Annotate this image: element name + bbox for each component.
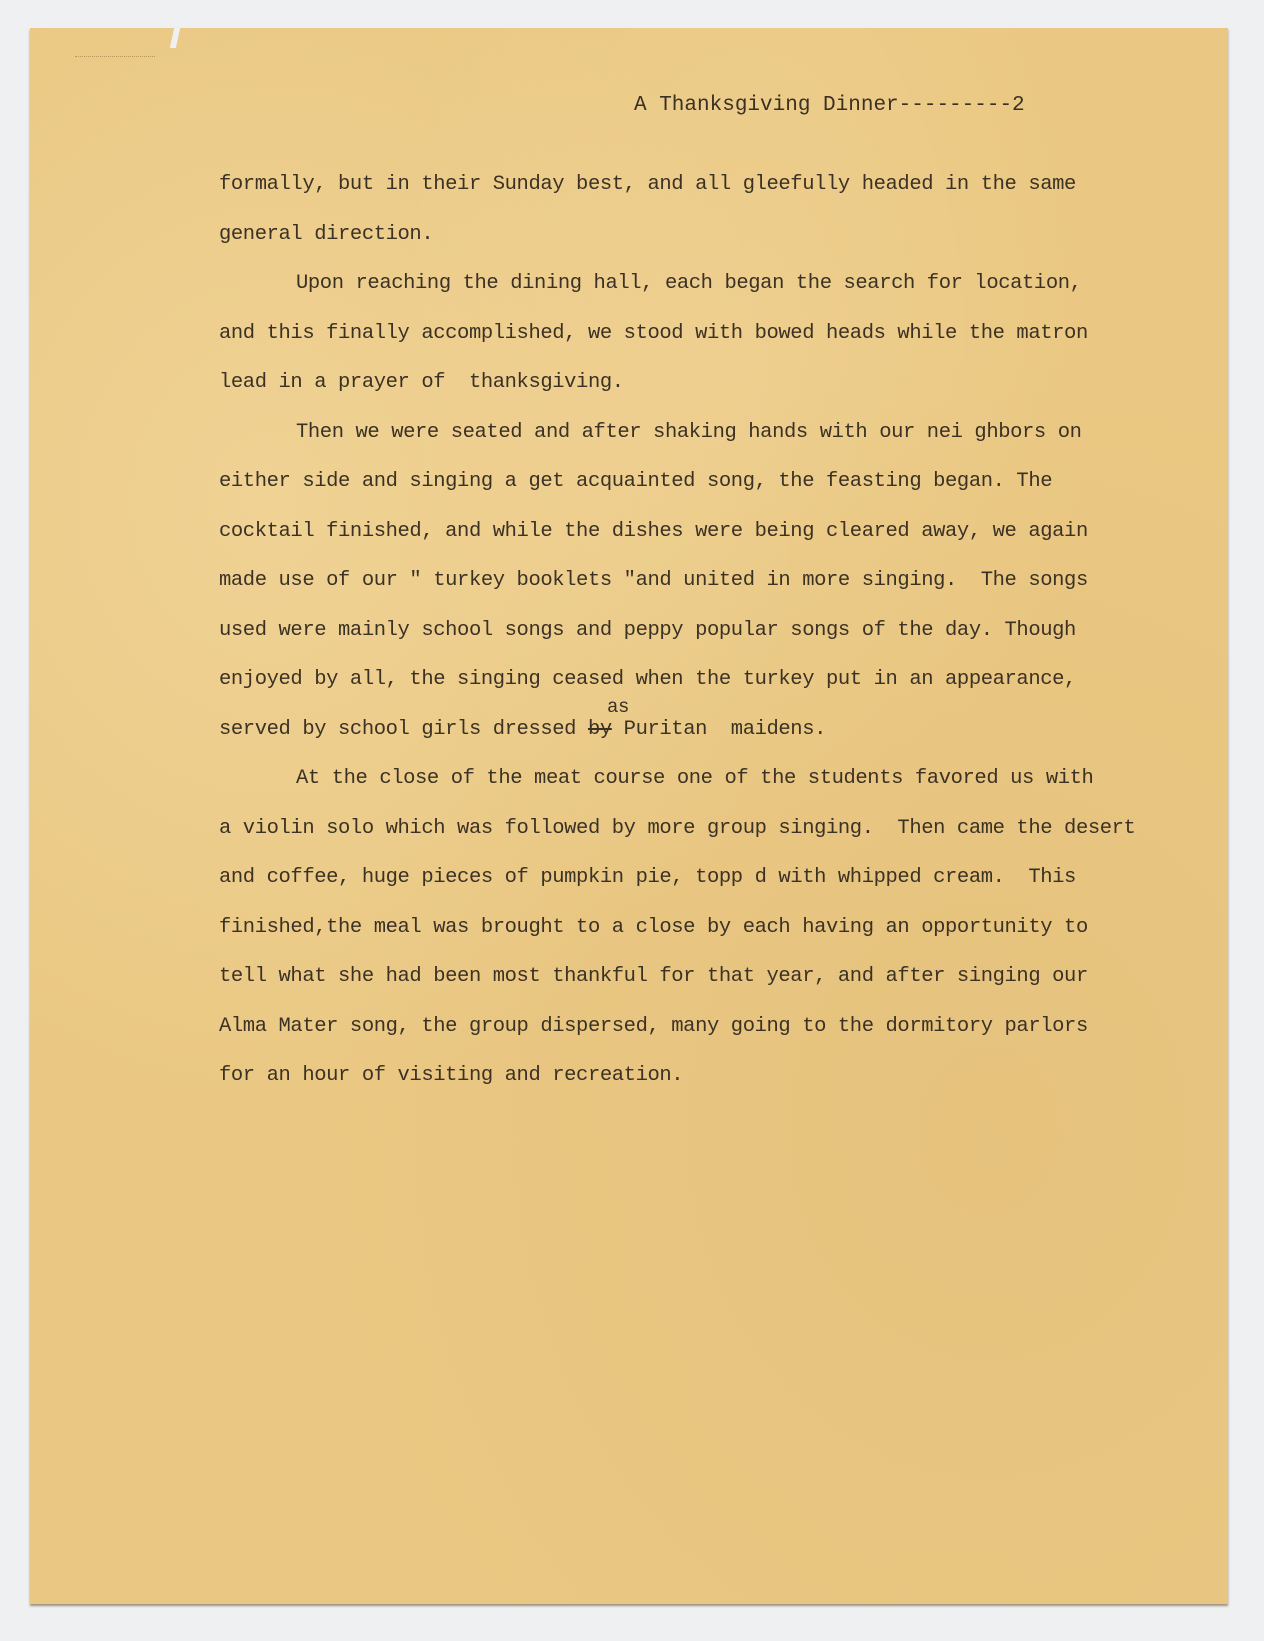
text-line: made use of our " turkey booklets "and u…: [219, 556, 1179, 606]
text-line: At the close of the meat course one of t…: [219, 754, 1179, 804]
text-line: enjoyed by all, the singing ceased when …: [219, 655, 1179, 705]
text-line: and this finally accomplished, we stood …: [219, 309, 1179, 359]
text-line: Then we were seated and after shaking ha…: [219, 408, 1179, 458]
text-line: tell what she had been most thankful for…: [219, 952, 1179, 1002]
text-line: finished,the meal was brought to a close…: [219, 903, 1179, 953]
typed-insertion: as: [607, 683, 629, 733]
line-text-after: Puritan maidens.: [612, 718, 826, 741]
text-line-with-correction: asserved by school girls dressed by Puri…: [219, 705, 1179, 755]
text-line: Upon reaching the dining hall, each bega…: [219, 259, 1179, 309]
text-line: Alma Mater song, the group dispersed, ma…: [219, 1002, 1179, 1052]
text-line: for an hour of visiting and recreation.: [219, 1051, 1179, 1101]
text-line: general direction.: [219, 210, 1179, 260]
text-line: a violin solo which was followed by more…: [219, 804, 1179, 854]
line-text-before: served by school girls dressed: [219, 718, 588, 741]
text-line: either side and singing a get acquainted…: [219, 457, 1179, 507]
staple-marks: [75, 56, 155, 65]
text-line: cocktail finished, and while the dishes …: [219, 507, 1179, 557]
text-line: and coffee, huge pieces of pumpkin pie, …: [219, 853, 1179, 903]
text-line: used were mainly school songs and peppy …: [219, 606, 1179, 656]
text-line: formally, but in their Sunday best, and …: [219, 160, 1179, 210]
document-body: formally, but in their Sunday best, and …: [219, 160, 1179, 1101]
page-header: A Thanksgiving Dinner---------2: [634, 94, 1025, 117]
text-line: lead in a prayer of thanksgiving.: [219, 358, 1179, 408]
